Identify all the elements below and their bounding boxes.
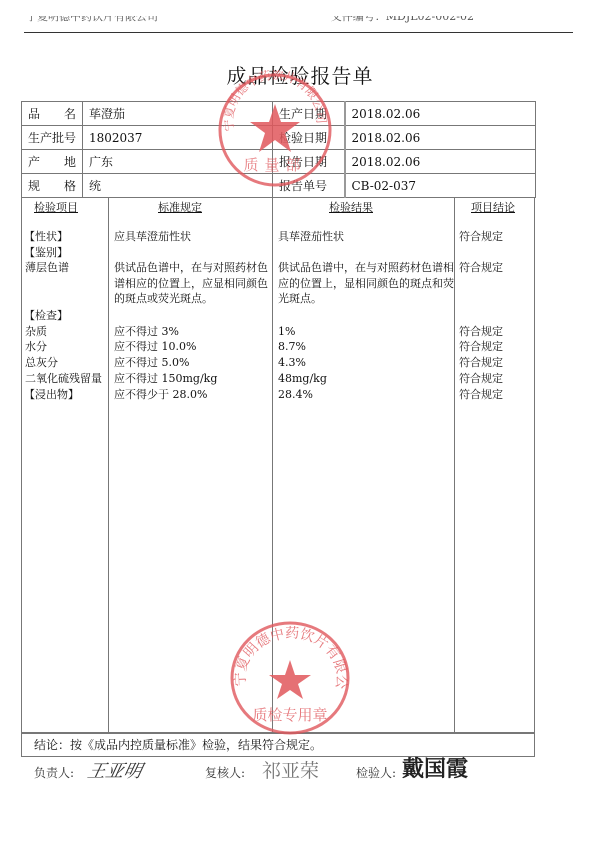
result-header: 检验结果 bbox=[329, 200, 373, 216]
result-text: 28.4% bbox=[278, 387, 313, 403]
info-row: 规 格 统 报告单号 CB-02-037 bbox=[22, 174, 536, 198]
inspection-date-label: 检验日期 bbox=[273, 126, 345, 150]
result-text: 1% bbox=[278, 324, 295, 340]
result-text: 8.7% bbox=[278, 339, 306, 355]
document-number: 文件编号：MDJL02-002-02 bbox=[331, 16, 474, 23]
result-text: 48mg/kg bbox=[278, 371, 327, 387]
item-name: 【浸出物】 bbox=[24, 387, 79, 403]
standard-text: 供试品色谱中，在与对照药材色 bbox=[114, 260, 268, 276]
item-name: 【鉴别】 bbox=[24, 245, 68, 261]
production-date-value: 2018.02.06 bbox=[345, 102, 536, 126]
standard-text: 的斑点或荧光斑点。 bbox=[114, 291, 213, 307]
standard-text: 应不得少于 28.0% bbox=[114, 387, 207, 403]
standard-text: 谱相应的位置上，应显相同颜色 bbox=[114, 276, 268, 292]
item-name: 薄层色谱 bbox=[25, 260, 69, 276]
info-row: 品 名 荜澄茄 生产日期 2018.02.06 bbox=[22, 102, 536, 126]
batch-value: 1802037 bbox=[83, 126, 273, 150]
result-text: 具荜澄茄性状 bbox=[278, 229, 344, 245]
spec-label: 规 格 bbox=[22, 174, 83, 198]
standard-text: 应不得过 10.0% bbox=[114, 339, 196, 355]
item-name: 杂质 bbox=[25, 324, 47, 340]
company-header: 宁夏明德中药饮片有限公司 bbox=[26, 16, 158, 23]
batch-label: 生产批号 bbox=[22, 126, 83, 150]
item-header: 检验项目 bbox=[34, 200, 78, 216]
item-conclusion: 符合规定 bbox=[459, 387, 503, 403]
inspection-date-value: 2018.02.06 bbox=[345, 126, 536, 150]
report-date-label: 报告日期 bbox=[273, 150, 345, 174]
item-conclusion: 符合规定 bbox=[459, 324, 503, 340]
inspector-label: 检验人: bbox=[356, 764, 396, 781]
header-divider bbox=[24, 32, 573, 33]
production-date-label: 生产日期 bbox=[273, 102, 345, 126]
responsible-label: 负责人: bbox=[34, 764, 74, 781]
report-number-value: CB-02-037 bbox=[345, 174, 536, 198]
item-name: 二氧化硫残留量 bbox=[25, 371, 102, 387]
info-row: 生产批号 1802037 检验日期 2018.02.06 bbox=[22, 126, 536, 150]
result-text: 4.3% bbox=[278, 355, 306, 371]
product-name-label: 品 名 bbox=[22, 102, 83, 126]
result-text: 应的位置上，显相同颜色的斑点和荧 bbox=[278, 276, 454, 292]
inspector-signature: 戴国霞 bbox=[402, 752, 468, 783]
report-number-label: 报告单号 bbox=[273, 174, 345, 198]
conclusion-header: 项目结论 bbox=[471, 200, 515, 216]
standard-header: 标准规定 bbox=[158, 200, 202, 216]
reviewer-label: 复核人: bbox=[205, 764, 245, 781]
item-conclusion: 符合规定 bbox=[459, 355, 503, 371]
standard-text: 应不得过 5.0% bbox=[114, 355, 189, 371]
standard-text: 应具荜澄茄性状 bbox=[114, 229, 191, 245]
result-text: 光斑点。 bbox=[278, 291, 322, 307]
column-divider bbox=[272, 197, 273, 732]
reviewer-signature: 祁亚荣 bbox=[262, 756, 319, 783]
column-divider bbox=[108, 197, 109, 732]
product-name-value: 荜澄茄 bbox=[83, 102, 273, 126]
inspection-results: 检验项目 【性状】【鉴别】薄层色谱【检查】杂质水分总灰分二氧化硫残留量【浸出物】… bbox=[21, 197, 535, 733]
standard-text: 应不得过 3% bbox=[114, 324, 179, 340]
spec-value: 统 bbox=[83, 174, 273, 198]
product-info-table: 品 名 荜澄茄 生产日期 2018.02.06 生产批号 1802037 检验日… bbox=[21, 101, 536, 198]
item-name: 总灰分 bbox=[25, 355, 58, 371]
info-row: 产 地 广东 报告日期 2018.02.06 bbox=[22, 150, 536, 174]
result-text: 供试品色谱中，在与对照药材色谱相 bbox=[278, 260, 454, 276]
origin-value: 广东 bbox=[83, 150, 273, 174]
item-name: 【检查】 bbox=[24, 308, 68, 324]
item-name: 水分 bbox=[25, 339, 47, 355]
item-conclusion: 符合规定 bbox=[459, 229, 503, 245]
page-title: 成品检验报告单 bbox=[0, 60, 600, 89]
report-date-value: 2018.02.06 bbox=[345, 150, 536, 174]
standard-text: 应不得过 150mg/kg bbox=[114, 371, 217, 387]
item-conclusion: 符合规定 bbox=[459, 260, 503, 276]
item-conclusion: 符合规定 bbox=[459, 339, 503, 355]
origin-label: 产 地 bbox=[22, 150, 83, 174]
item-name: 【性状】 bbox=[24, 229, 68, 245]
responsible-signature: 王亚明 bbox=[85, 757, 145, 783]
column-divider bbox=[454, 197, 455, 732]
item-conclusion: 符合规定 bbox=[459, 371, 503, 387]
